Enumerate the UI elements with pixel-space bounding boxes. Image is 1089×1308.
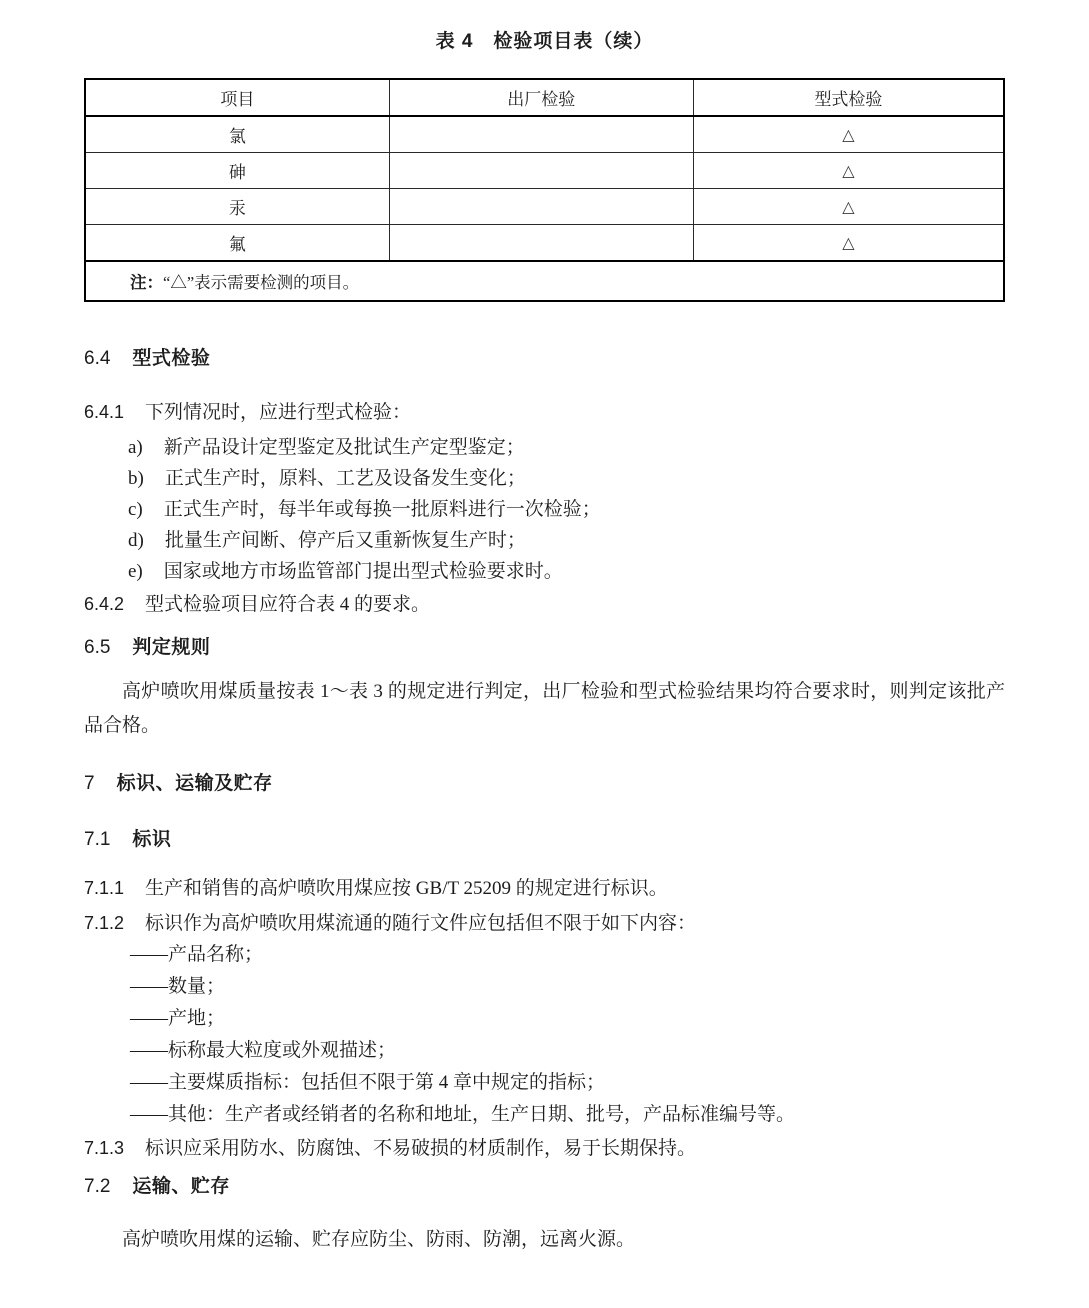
clause-6-4-2: 6.4.2型式检验项目应符合表 4 的要求。 [84, 589, 1005, 620]
cell-item: 氯 [85, 116, 389, 153]
dash-item-coal-quality-indicators: ——主要煤质指标：包括但不限于第 4 章中规定的指标； [130, 1067, 1005, 1099]
document-page: 表 4 检验项目表（续） 项目 出厂检验 型式检验 氯 △ 砷 △ [0, 0, 1089, 1308]
list-item-b: b)正式生产时，原料、工艺及设备发生变化； [128, 463, 1005, 494]
dash-item-max-particle-size: ——标称最大粒度或外观描述； [130, 1035, 1005, 1067]
list-item-c: c)正式生产时，每半年或每换一批原料进行一次检验； [128, 494, 1005, 525]
note-label: 注： [130, 274, 163, 292]
section-number: 6.4 [84, 348, 110, 369]
table-row-chlorine: 氯 △ [85, 116, 1004, 153]
cell-item: 汞 [85, 189, 389, 225]
col-header-factory-inspection: 出厂检验 [389, 79, 693, 116]
table-row-arsenic: 砷 △ [85, 153, 1004, 189]
section-heading-6-5: 6.5判定规则 [84, 637, 1005, 659]
list-item-d: d)批量生产间断、停产后又重新恢复生产时； [128, 525, 1005, 556]
table-row-mercury: 汞 △ [85, 189, 1004, 225]
section-title: 判定规则 [132, 637, 210, 658]
list-item-text: 新产品设计定型鉴定及批试生产定型鉴定； [164, 437, 525, 458]
cell-factory [389, 189, 693, 225]
clause-number: 7.1.2 [84, 913, 124, 933]
clause-text: 型式检验项目应符合表 4 的要求。 [145, 594, 430, 615]
list-item-text: 正式生产时，原料、工艺及设备发生变化； [165, 468, 526, 489]
cell-type-triangle: △ [693, 225, 1004, 262]
section-number: 7 [84, 773, 95, 794]
table-caption: 表 4 检验项目表（续） [84, 30, 1005, 54]
section-title: 标识、运输及贮存 [117, 773, 273, 794]
section-heading-6-4: 6.4型式检验 [84, 348, 1005, 370]
table-note-row: 注：“△”表示需要检测的项目。 [85, 261, 1004, 301]
cell-factory [389, 225, 693, 262]
cell-type-triangle: △ [693, 153, 1004, 189]
chapter-heading-7: 7标识、运输及贮存 [84, 773, 1005, 795]
dash-item-other: ——其他：生产者或经销者的名称和地址，生产日期、批号，产品标准编号等。 [130, 1099, 1005, 1131]
section-title: 运输、贮存 [132, 1176, 230, 1197]
section-number: 6.5 [84, 637, 110, 658]
clause-number: 7.1.1 [84, 878, 124, 898]
paragraph-transport-storage: 高炉喷吹用煤的运输、贮存应防尘、防雨、防潮，远离火源。 [84, 1223, 1005, 1257]
section-number: 7.1 [84, 829, 110, 850]
clause-text: 标识作为高炉喷吹用煤流通的随行文件应包括但不限于如下内容： [145, 913, 696, 934]
type-inspection-condition-list: a)新产品设计定型鉴定及批试生产定型鉴定； b)正式生产时，原料、工艺及设备发生… [84, 432, 1005, 587]
list-marker: c) [128, 499, 143, 520]
list-item-a: a)新产品设计定型鉴定及批试生产定型鉴定； [128, 432, 1005, 463]
inspection-items-table: 项目 出厂检验 型式检验 氯 △ 砷 △ 汞 △ 氟 [84, 78, 1005, 302]
cell-factory [389, 116, 693, 153]
table-row-fluorine: 氟 △ [85, 225, 1004, 262]
list-item-text: 正式生产时，每半年或每换一批原料进行一次检验； [164, 499, 601, 520]
list-marker: a) [128, 437, 143, 458]
table-note-cell: 注：“△”表示需要检测的项目。 [85, 261, 1004, 301]
clause-6-4-1: 6.4.1下列情况时，应进行型式检验： [84, 397, 1005, 428]
list-marker: b) [128, 468, 144, 489]
section-heading-7-1: 7.1标识 [84, 829, 1005, 851]
list-item-e: e)国家或地方市场监管部门提出型式检验要求时。 [128, 556, 1005, 587]
list-marker: d) [128, 530, 144, 551]
list-item-text: 国家或地方市场监管部门提出型式检验要求时。 [164, 561, 563, 582]
list-item-text: 批量生产间断、停产后又重新恢复生产时； [165, 530, 526, 551]
clause-7-1-2: 7.1.2标识作为高炉喷吹用煤流通的随行文件应包括但不限于如下内容： [84, 908, 1005, 939]
list-marker: e) [128, 561, 143, 582]
clause-number: 6.4.2 [84, 594, 124, 614]
cell-type-triangle: △ [693, 189, 1004, 225]
clause-text: 标识应采用防水、防腐蚀、不易破损的材质制作，易于长期保持。 [145, 1138, 696, 1159]
clause-text: 下列情况时，应进行型式检验： [145, 402, 411, 423]
section-heading-7-2: 7.2运输、贮存 [84, 1176, 1005, 1198]
cell-factory [389, 153, 693, 189]
clause-7-1-3: 7.1.3标识应采用防水、防腐蚀、不易破损的材质制作，易于长期保持。 [84, 1133, 1005, 1164]
table-header-row: 项目 出厂检验 型式检验 [85, 79, 1004, 116]
clause-number: 7.1.3 [84, 1138, 124, 1158]
dash-item-quantity: ——数量； [130, 971, 1005, 1003]
dash-item-origin: ——产地； [130, 1003, 1005, 1035]
section-title: 标识 [132, 829, 171, 850]
col-header-item: 项目 [85, 79, 389, 116]
clause-7-1-1: 7.1.1生产和销售的高炉喷吹用煤应按 GB/T 25209 的规定进行标识。 [84, 873, 1005, 904]
dash-item-product-name: ——产品名称； [130, 939, 1005, 971]
label-content-list: ——产品名称； ——数量； ——产地； ——标称最大粒度或外观描述； ——主要煤… [84, 939, 1005, 1131]
cell-item: 砷 [85, 153, 389, 189]
clause-number: 6.4.1 [84, 402, 124, 422]
section-number: 7.2 [84, 1176, 110, 1197]
paragraph-judgment-rule: 高炉喷吹用煤质量按表 1～表 3 的规定进行判定，出厂检验和型式检验结果均符合要… [84, 675, 1005, 743]
cell-type-triangle: △ [693, 116, 1004, 153]
note-text: “△”表示需要检测的项目。 [163, 273, 359, 292]
col-header-type-inspection: 型式检验 [693, 79, 1004, 116]
cell-item: 氟 [85, 225, 389, 262]
clause-text: 生产和销售的高炉喷吹用煤应按 GB/T 25209 的规定进行标识。 [145, 878, 668, 899]
section-title: 型式检验 [132, 348, 210, 369]
